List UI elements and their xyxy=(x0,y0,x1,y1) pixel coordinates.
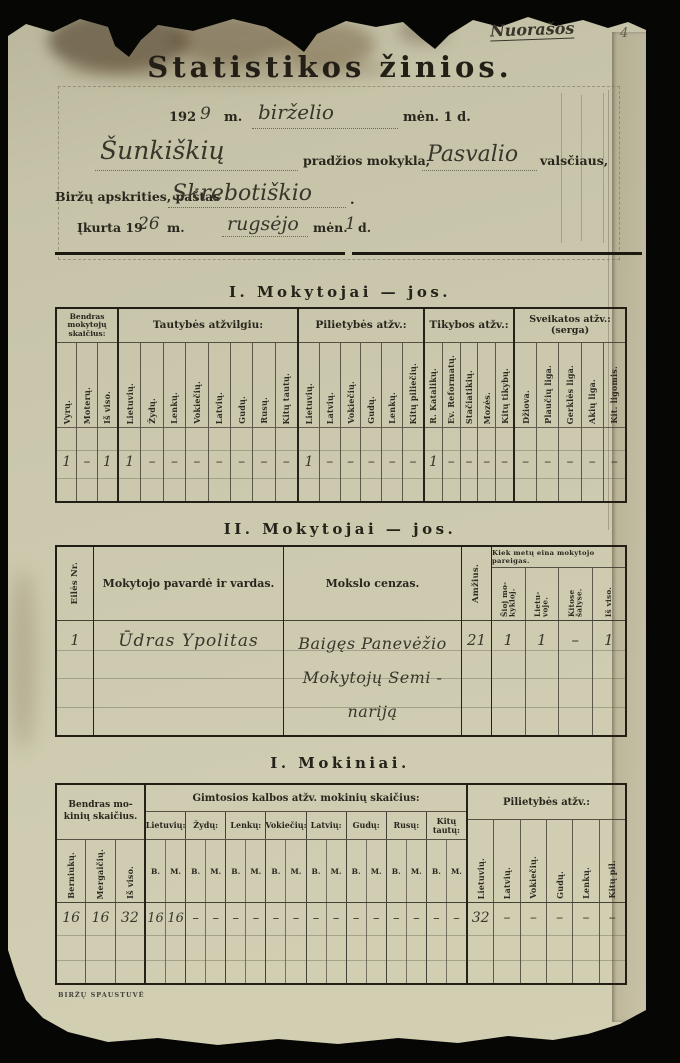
group-column-headers: Berniukų.Mergaičių.Iš viso. xyxy=(57,840,144,903)
group-values: 1–––– xyxy=(425,428,513,501)
column-header: R. Katalikų. xyxy=(425,343,442,427)
column-header: Mokslo cenzas. xyxy=(284,547,461,621)
boys-subheader: B. xyxy=(266,840,285,902)
table-cell-value: 1 xyxy=(97,428,117,501)
table-cell-value: – xyxy=(275,428,297,501)
boys-value: – xyxy=(347,903,366,983)
boys-subheader: B. xyxy=(307,840,326,902)
language-headers: Lietuvių:Žydų:Lenkų:Vokiečių:Latvių:Gudų… xyxy=(146,812,466,840)
printed-d-label: d. xyxy=(358,220,371,235)
language-header: Lietuvių: xyxy=(146,812,185,839)
column-header: Kitų piliečių. xyxy=(402,343,423,427)
boys-subheader: B. xyxy=(427,840,446,902)
column-header: Gudų. xyxy=(360,343,381,427)
handwritten-founded-year: 26 xyxy=(138,214,160,234)
pencil-corner-mark: 4 xyxy=(620,26,628,41)
boys-girls-values: – – xyxy=(426,903,466,983)
column-header: Šioj mo- kykloj. xyxy=(492,568,525,620)
girls-subheader: M. xyxy=(165,840,185,902)
years-of-service-group: Kiek metų eina mokytojo pareigas. Šioj m… xyxy=(491,547,625,735)
group-values: 161632 xyxy=(57,903,144,983)
column-header: Džiova. xyxy=(515,343,536,427)
column-education: Mokslo cenzas. Baigęs PanevėžioMokytojų … xyxy=(283,547,461,735)
column-header: Mergaičių. xyxy=(85,840,114,902)
girls-value: – xyxy=(326,903,346,983)
years-values: 11–1 xyxy=(492,621,625,735)
printed-men-label: mėn. xyxy=(313,220,348,235)
column-header: Moterų. xyxy=(76,343,96,427)
column-header: Lietuvių. xyxy=(299,343,319,427)
girls-subheader: M. xyxy=(326,840,346,902)
dotted-blank-line xyxy=(222,236,308,237)
column-header: Kitų tautų. xyxy=(275,343,297,427)
language-header: Rusų: xyxy=(386,812,426,839)
table-cell-value: – xyxy=(340,428,361,501)
teachers-summary-table: Bendras mokytojų skaičius: Vyrų.Moterų.I… xyxy=(55,307,627,503)
scanned-document-page: Nuorašos 4 Statistikos žinios. 192 9 m. … xyxy=(0,0,680,1063)
language-header: Kitų tautų: xyxy=(426,812,466,839)
table-cell-value: 1 xyxy=(299,428,319,501)
table-cell-value: – xyxy=(536,428,558,501)
table-cell-value: – xyxy=(76,428,96,501)
column-header: Kitų pil. xyxy=(599,820,625,902)
column-header: Latvių. xyxy=(493,820,519,902)
table-cell-value: – xyxy=(460,428,478,501)
dotted-blank-line xyxy=(95,170,298,171)
row-number-value: 1 xyxy=(57,621,93,735)
education-value: Baigęs PanevėžioMokytojų Semi -nariją xyxy=(284,621,461,735)
column-header: Akių liga. xyxy=(581,343,603,427)
boys-value: – xyxy=(186,903,205,983)
boys-value: – xyxy=(266,903,285,983)
table-cell-value: – xyxy=(140,428,162,501)
column-header: Eilės Nr. xyxy=(57,547,93,621)
section-title-pupils: I. Mokiniai. xyxy=(0,754,680,772)
table-group-total: Bendras mokytojų skaičius: Vyrų.Moterų.I… xyxy=(57,309,117,501)
handwritten-school-name: Šunkiškių xyxy=(100,136,225,165)
pupils-native-language-group: Gimtosios kalbos atžv. mokinių skaičius:… xyxy=(144,785,466,983)
group-label: Bendras mokytojų skaičius: xyxy=(57,309,117,343)
boys-value: – xyxy=(387,903,406,983)
teacher-name-value: Ūdras Ypolitas xyxy=(94,621,283,735)
document-title: Statistikos žinios. xyxy=(0,50,660,84)
girls-subheader: M. xyxy=(446,840,466,902)
table-cell-value: 32 xyxy=(468,903,493,983)
language-header: Latvių: xyxy=(306,812,346,839)
column-header: Iš viso. xyxy=(97,343,117,427)
column-header: Iš viso. xyxy=(592,568,626,620)
table-cell-value: 1 xyxy=(57,428,76,501)
boys-value: – xyxy=(307,903,326,983)
boys-girls-values: – – xyxy=(225,903,265,983)
boys-value: 16 xyxy=(146,903,165,983)
girls-value: – xyxy=(406,903,426,983)
age-value: 21 xyxy=(462,621,491,735)
handwritten-founded-month: rugsėjo xyxy=(227,213,299,235)
table-cell-value: 1 xyxy=(425,428,442,501)
boys-girls-pair: B. M. xyxy=(225,840,265,902)
girls-subheader: M. xyxy=(366,840,386,902)
dotted-blank-line xyxy=(422,170,537,171)
language-header: Gudų: xyxy=(346,812,386,839)
group-label: Sveikatos atžv.: (serga) xyxy=(515,309,625,343)
group-column-headers: Šioj mo- kykloj.Lietu- voje.Kitose šalys… xyxy=(492,568,625,621)
column-header: Ev. Reformatų. xyxy=(442,343,460,427)
language-header: Lenkų: xyxy=(225,812,265,839)
girls-value: – xyxy=(245,903,265,983)
table-cell-value: – xyxy=(603,428,625,501)
boys-girls-values: – – xyxy=(306,903,346,983)
boys-value: – xyxy=(226,903,245,983)
boys-girls-pair: B. M. xyxy=(185,840,225,902)
table-cell-value: 1 xyxy=(492,621,525,735)
showthrough-line xyxy=(603,93,604,243)
boys-girls-pair: B. M. xyxy=(306,840,346,902)
girls-subheader: M. xyxy=(406,840,426,902)
table-cell-value: – xyxy=(208,428,230,501)
table-cell-value: – xyxy=(546,903,572,983)
table-cell-value: – xyxy=(360,428,381,501)
language-header: Žydų: xyxy=(185,812,225,839)
divider-rule xyxy=(352,252,642,255)
group-label: Kiek metų eina mokytojo pareigas. xyxy=(492,547,625,568)
printed-school-label: pradžios mokykla, xyxy=(303,153,430,168)
handwritten-founded-day: 1 xyxy=(345,214,356,234)
table-cell-value: – xyxy=(572,903,598,983)
column-header: Žydų. xyxy=(140,343,162,427)
table-cell-value: 32 xyxy=(115,903,144,983)
column-row-number: Eilės Nr. 1 xyxy=(57,547,93,735)
table-cell-value: – xyxy=(230,428,252,501)
table-cell-value: 16 xyxy=(57,903,85,983)
printed-day-label: mėn. 1 d. xyxy=(403,110,471,125)
printed-year-prefix: 192 xyxy=(169,110,196,125)
group-column-headers: Lietuvių.Latvių.Vokiečių.Gudų.Lenkų.Kitų… xyxy=(299,343,423,428)
column-header: Amžius. xyxy=(462,547,491,621)
column-header: Kitų tikybų. xyxy=(495,343,513,427)
group-column-headers: R. Katalikų.Ev. Reformatų.Stačiatikių.Mo… xyxy=(425,343,513,428)
stain-mark xyxy=(398,18,448,44)
column-header: Vokiečių. xyxy=(185,343,207,427)
group-label: Pilietybės atžv.: xyxy=(299,309,423,343)
table-group-health: Sveikatos atžv.: (serga) Džiova.Plaučių … xyxy=(513,309,625,501)
section-title-teachers-2: II. Mokytojai — jos. xyxy=(0,520,680,538)
boys-value: – xyxy=(427,903,446,983)
boys-girls-values: – – xyxy=(346,903,386,983)
language-values: 16 16 – – – – – – – – – – xyxy=(146,903,466,983)
section-title-teachers-1: I. Mokytojai — jos. xyxy=(0,283,680,301)
column-header: Vokiečių. xyxy=(340,343,361,427)
group-column-headers: Lietuvių.Latvių.Vokiečių.Gudų.Lenkų.Kitų… xyxy=(468,820,625,903)
table-cell-value: 1 xyxy=(119,428,140,501)
girls-value: 16 xyxy=(165,903,185,983)
group-label: Gimtosios kalbos atžv. mokinių skaičius: xyxy=(146,785,466,812)
education-line: nariją xyxy=(347,695,397,729)
girls-subheader: M. xyxy=(285,840,305,902)
teachers-detail-table: Eilės Nr. 1 Mokytojo pavardė ir vardas. … xyxy=(55,545,627,737)
group-values: 32––––– xyxy=(468,903,625,983)
printed-founded-label: Įkurta 19 xyxy=(77,220,143,235)
column-header: Kitose šalyse. xyxy=(558,568,592,620)
table-group-nationality: Tautybės atžvilgiu: Lietuvių.Žydų.Lenkų.… xyxy=(117,309,297,501)
column-header: Vyrų. xyxy=(57,343,76,427)
table-cell-value: – xyxy=(402,428,423,501)
handwritten-note-nuorasos: Nuorašos xyxy=(490,19,575,42)
column-header: Mozės. xyxy=(477,343,495,427)
divider-rule xyxy=(55,252,345,255)
girls-subheader: M. xyxy=(245,840,265,902)
printed-period: . xyxy=(350,193,355,208)
group-label: Tautybės atžvilgiu: xyxy=(119,309,297,343)
pupils-total-group: Bendras mo- kinių skaičius. Berniukų.Mer… xyxy=(57,785,144,983)
dotted-blank-line xyxy=(168,207,346,208)
group-column-headers: Lietuvių.Žydų.Lenkų.Vokiečių.Latvių.Gudų… xyxy=(119,343,297,428)
boys-girls-pair: B. M. xyxy=(265,840,305,902)
column-header: Lietuvių. xyxy=(468,820,493,902)
table-cell-value: – xyxy=(477,428,495,501)
column-header: Mokytojo pavardė ir vardas. xyxy=(94,547,283,621)
handwritten-month: birželio xyxy=(258,100,334,124)
column-header: Kit. ligomis. xyxy=(603,343,625,427)
boys-subheader: B. xyxy=(387,840,406,902)
column-header: Gudų. xyxy=(230,343,252,427)
printed-m-label: m. xyxy=(167,220,185,235)
table-cell-value: – xyxy=(319,428,340,501)
pupils-citizenship-group: Pilietybės atžv.: Lietuvių.Latvių.Vokieč… xyxy=(466,785,625,983)
group-values: 1–1 xyxy=(57,428,117,501)
group-column-headers: Vyrų.Moterų.Iš viso. xyxy=(57,343,117,428)
table-cell-value: – xyxy=(558,621,592,735)
table-cell-value: – xyxy=(515,428,536,501)
table-cell-value: 16 xyxy=(85,903,114,983)
table-cell-value: – xyxy=(252,428,274,501)
boys-subheader: B. xyxy=(146,840,165,902)
table-cell-value: – xyxy=(558,428,580,501)
printer-imprint: BIRŽŲ SPAUSTUVĖ xyxy=(58,991,145,999)
column-header: Gerklės liga. xyxy=(558,343,580,427)
table-cell-value: – xyxy=(381,428,402,501)
girls-value: – xyxy=(285,903,305,983)
girls-value: – xyxy=(205,903,225,983)
printed-valscius-label: valsčiaus, xyxy=(540,153,608,168)
girls-subheader: M. xyxy=(205,840,225,902)
column-header: Latvių. xyxy=(208,343,230,427)
column-header: Lenkų. xyxy=(163,343,185,427)
pupils-table: Bendras mo- kinių skaičius. Berniukų.Mer… xyxy=(55,783,627,985)
girls-value: – xyxy=(366,903,386,983)
table-cell-value: – xyxy=(520,903,546,983)
handwritten-year-digit: 9 xyxy=(200,104,211,124)
column-header: Vokiečių. xyxy=(520,820,546,902)
column-header: Stačiatikių. xyxy=(460,343,478,427)
showthrough-line xyxy=(581,95,582,241)
column-header: Berniukų. xyxy=(57,840,85,902)
handwritten-post-office: Skrebotiškio xyxy=(172,181,312,206)
column-header: Lietu- voje. xyxy=(525,568,559,620)
group-label: Bendras mo- kinių skaičius. xyxy=(57,785,144,840)
boys-subheader: B. xyxy=(347,840,366,902)
table-cell-value: – xyxy=(581,428,603,501)
column-header: Lenkų. xyxy=(381,343,402,427)
group-values: ––––– xyxy=(515,428,625,501)
table-cell-value: – xyxy=(599,903,625,983)
table-cell-value: – xyxy=(495,428,513,501)
column-header: Lenkų. xyxy=(572,820,598,902)
table-cell-value: – xyxy=(185,428,207,501)
table-group-citizenship: Pilietybės atžv.: Lietuvių.Latvių.Vokieč… xyxy=(297,309,423,501)
group-values: 1––––– xyxy=(299,428,423,501)
table-cell-value: – xyxy=(493,903,519,983)
education-line: Baigęs Panevėžio xyxy=(298,627,446,661)
table-group-religion: Tikybos atžv.: R. Katalikų.Ev. Reformatų… xyxy=(423,309,513,501)
education-line: Mokytojų Semi - xyxy=(303,661,443,695)
table-cell-value: – xyxy=(442,428,460,501)
column-header: Rusų. xyxy=(252,343,274,427)
boys-girls-values: 16 16 xyxy=(146,903,185,983)
column-header: Plaučių liga. xyxy=(536,343,558,427)
table-cell-value: 1 xyxy=(525,621,559,735)
stain-mark xyxy=(10,570,36,750)
boys-girls-values: – – xyxy=(386,903,426,983)
boys-subheader: B. xyxy=(226,840,245,902)
column-header: Iš viso. xyxy=(115,840,144,902)
boys-girls-values: – – xyxy=(265,903,305,983)
group-column-headers: Džiova.Plaučių liga.Gerklės liga.Akių li… xyxy=(515,343,625,428)
dotted-blank-line xyxy=(252,128,398,129)
column-header: Gudų. xyxy=(546,820,572,902)
boys-girls-pair: B. M. xyxy=(146,840,185,902)
language-header: Vokiečių: xyxy=(265,812,305,839)
table-cell-value: 1 xyxy=(592,621,626,735)
printed-m-label: m. xyxy=(224,110,242,125)
boys-girls-subheaders: B. M. B. M. B. M. B. M. B. M. B. M. xyxy=(146,840,466,903)
boys-girls-pair: B. M. xyxy=(426,840,466,902)
group-label: Pilietybės atžv.: xyxy=(468,785,625,820)
column-header: Lietuvių. xyxy=(119,343,140,427)
column-header: Latvių. xyxy=(319,343,340,427)
boys-girls-pair: B. M. xyxy=(386,840,426,902)
boys-subheader: B. xyxy=(186,840,205,902)
handwritten-valscius-name: Pasvalio xyxy=(427,142,518,167)
column-teacher-name: Mokytojo pavardė ir vardas. Ūdras Ypolit… xyxy=(93,547,283,735)
group-values: 1––––––– xyxy=(119,428,297,501)
girls-value: – xyxy=(446,903,466,983)
table-cell-value: – xyxy=(163,428,185,501)
boys-girls-pair: B. M. xyxy=(346,840,386,902)
boys-girls-values: – – xyxy=(185,903,225,983)
group-label: Tikybos atžv.: xyxy=(425,309,513,343)
showthrough-line xyxy=(561,93,562,243)
column-age: Amžius. 21 xyxy=(461,547,491,735)
